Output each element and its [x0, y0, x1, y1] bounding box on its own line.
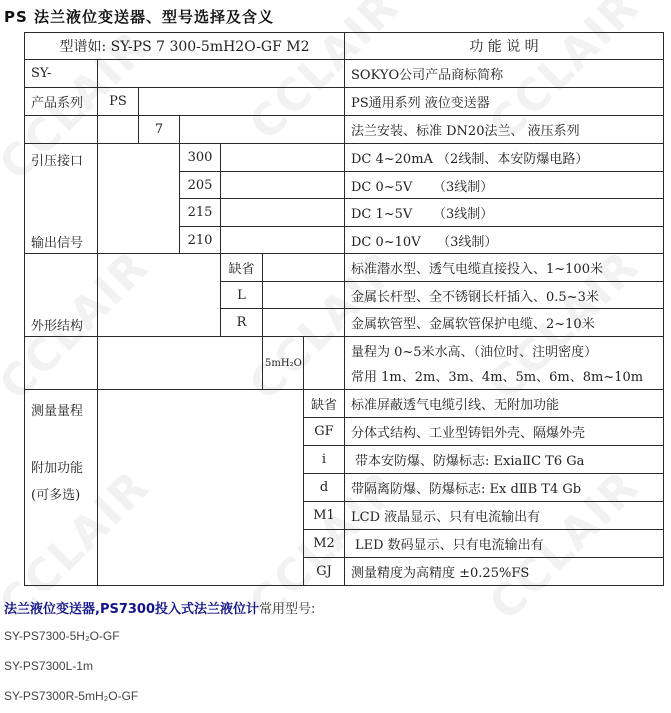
range-empty-1 [24, 336, 98, 390]
extra-desc-GJ: 测量精度为高精度 ±0.25%FS [344, 557, 664, 586]
mount-desc: 法兰安装、标准 DN20法兰、 液压系列 [344, 115, 664, 144]
output-label: 引压接口 输出信号 [24, 143, 98, 254]
extra-desc-default: 标准屏蔽透气电缆引线、无附加功能 [344, 389, 664, 418]
extra-desc-M1: LCD 液晶显示、只有电流输出有 [344, 501, 664, 530]
structure-code-R: R [220, 308, 263, 337]
extra-code-i: i [303, 445, 345, 474]
brand-desc: SOKYO公司产品商标简称 [344, 59, 664, 88]
output-desc-210: DC 0~10V （3线制） [344, 226, 664, 254]
output-code-210: 210 [179, 226, 221, 254]
product-link[interactable]: 法兰液位变送器,PS7300投入式法兰液位计 [4, 602, 259, 617]
model-item: SY-PS7300L-1m [4, 659, 93, 673]
structure-code-default: 缺省 [220, 253, 263, 282]
extra-code-M2: M2 [303, 529, 345, 558]
series-label: 产品系列 [24, 87, 98, 116]
output-empty-210 [220, 226, 345, 254]
structure-label: 外形结构 [24, 253, 98, 337]
series-empty [138, 87, 345, 116]
structure-empty-L [262, 281, 345, 309]
extra-code-default: 缺省 [303, 389, 345, 418]
output-desc-300: DC 4~20mA （2线制、本安防爆电路） [344, 143, 664, 172]
structure-empty [97, 253, 221, 337]
output-desc-205: DC 0~5V （3线制） [344, 171, 664, 199]
model-item: SY-PS7300R-5mH₂O-GF [4, 689, 138, 703]
extra-code-GJ: GJ [303, 557, 345, 586]
range-desc-line2: 常用 1m、2m、3m、4m、5m、6m、8m~10m [351, 366, 643, 385]
extra-desc-M2: LED 数码显示、只有电流输出有 [344, 529, 664, 558]
output-signal-label: 输出信号 [31, 232, 83, 251]
output-code-215: 215 [179, 198, 221, 227]
extra-code-M1: M1 [303, 501, 345, 530]
extra-desc-GF: 分体式结构、工业型铸铝外壳、隔爆外壳 [344, 417, 664, 446]
additional-function-label: 附加功能 [31, 457, 83, 476]
series-code: PS [97, 87, 139, 116]
output-empty-300 [220, 143, 345, 172]
structure-code-L: L [220, 281, 263, 309]
range-empty-2 [97, 336, 263, 390]
extras-label: 测量量程 附加功能 (可多选) [24, 389, 98, 586]
series-desc: PS通用系列 液位变送器 [344, 87, 664, 116]
range-code: 5mH₂O [262, 336, 304, 390]
range-desc-line1: 量程为 0~5米水高、（油位时、注明密度） [351, 341, 597, 360]
pressure-port-label: 引压接口 [31, 150, 83, 169]
model-item: SY-PS7300-5H₂O-GF [4, 629, 120, 643]
function-description-header: 功 能 说 明 [344, 32, 664, 60]
extras-empty [97, 389, 304, 586]
extra-code-GF: GF [303, 417, 345, 446]
mount-empty-1 [24, 115, 98, 144]
range-empty-3 [303, 336, 345, 390]
output-empty [97, 143, 180, 254]
common-models-label: 常用型号: [259, 602, 315, 617]
output-empty-215 [220, 198, 345, 227]
mount-code: 7 [138, 115, 180, 144]
mount-empty-3 [179, 115, 345, 144]
measure-range-label: 测量量程 [31, 400, 83, 419]
common-models-heading: 法兰液位变送器,PS7300投入式法兰液位计常用型号: [4, 598, 315, 617]
output-code-300: 300 [179, 143, 221, 172]
output-code-205: 205 [179, 171, 221, 199]
multi-select-label: (可多选) [31, 484, 80, 503]
mount-empty-2 [97, 115, 139, 144]
structure-desc-R: 金属软管型、金属软管保护电缆、2~10米 [344, 308, 664, 337]
page-title: PS 法兰液位变送器、型号选择及含义 [4, 6, 274, 27]
output-empty-205 [220, 171, 345, 199]
structure-empty-default [262, 253, 345, 282]
structure-desc-L: 金属长杆型、全不锈钢长杆插入、0.5~3米 [344, 281, 664, 309]
brand-empty [97, 59, 345, 88]
output-desc-215: DC 1~5V （3线制） [344, 198, 664, 227]
example-model-header: 型谱如: SY-PS 7 300-5mH2O-GF M2 [24, 32, 345, 60]
extra-code-d: d [303, 473, 345, 502]
brand-code: SY- [24, 59, 98, 88]
extra-desc-i: 带本安防爆、防爆标志: ExiaⅡC T6 Ga [344, 445, 664, 474]
extra-desc-d: 带隔离防爆、防爆标志: Ex dⅡB T4 Gb [344, 473, 664, 502]
structure-desc-default: 标准潜水型、透气电缆直接投入、1~100米 [344, 253, 664, 282]
range-desc: 量程为 0~5米水高、（油位时、注明密度） 常用 1m、2m、3m、4m、5m、… [344, 336, 664, 390]
structure-empty-R [262, 308, 345, 337]
